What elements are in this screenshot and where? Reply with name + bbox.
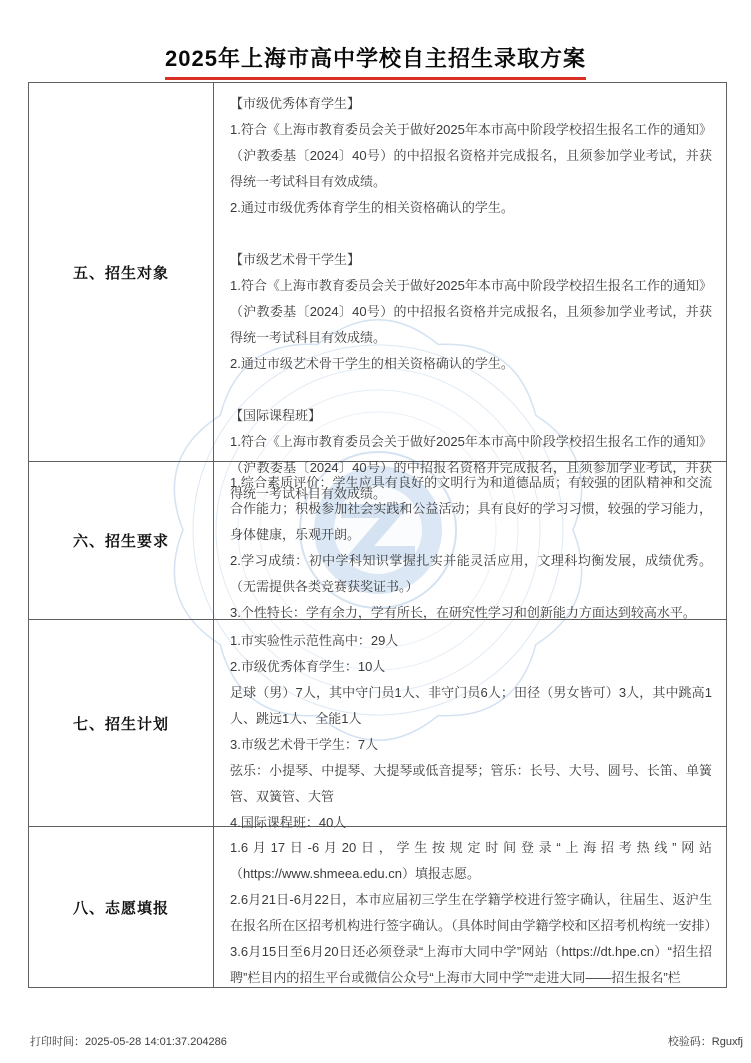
row-content-enrollment-plan: 1.市实验性示范性高中：29人 2.市级优秀体育学生：10人 足球（男）7人，其… <box>214 620 726 826</box>
paragraph: 1.6月17日-6月20日，学生按规定时间登录“上海招考热线”网站（https:… <box>230 835 712 887</box>
admission-plan-table: 五、招生对象 【市级优秀体育学生】 1.符合《上海市教育委员会关于做好2025年… <box>28 82 727 988</box>
row-label-enrollment-requirements: 六、招生要求 <box>29 462 214 619</box>
row-content-enrollment-requirements: 1.综合素质评价：学生应具有良好的文明行为和道德品质；有较强的团队精神和交流合作… <box>214 462 726 619</box>
row-content-enrollment-target: 【市级优秀体育学生】 1.符合《上海市教育委员会关于做好2025年本市高中阶段学… <box>214 83 726 461</box>
footer-print-time: 打印时间：2025-05-28 14:01:37.204286 <box>30 1033 227 1049</box>
title-bar: 2025年上海市高中学校自主招生录取方案 <box>0 42 751 80</box>
table-row-enrollment-plan: 七、招生计划 1.市实验性示范性高中：29人 2.市级优秀体育学生：10人 足球… <box>29 619 726 826</box>
paragraph: 2.通过市级优秀体育学生的相关资格确认的学生。 <box>230 195 712 221</box>
paragraph: 2.市级优秀体育学生：10人 <box>230 654 712 680</box>
paragraph: 1.市实验性示范性高中：29人 <box>230 628 712 654</box>
section-heading: 【市级优秀体育学生】 <box>230 91 712 117</box>
row-label-application-filing: 八、志愿填报 <box>29 827 214 988</box>
paragraph: 弦乐：小提琴、中提琴、大提琴或低音提琴；管乐：长号、大号、圆号、长笛、单簧管、双… <box>230 758 712 810</box>
row-label-enrollment-target: 五、招生对象 <box>29 83 214 461</box>
table-row-enrollment-requirements: 六、招生要求 1.综合素质评价：学生应具有良好的文明行为和道德品质；有较强的团队… <box>29 461 726 619</box>
paragraph: 1.综合素质评价：学生应具有良好的文明行为和道德品质；有较强的团队精神和交流合作… <box>230 470 712 548</box>
row-label-enrollment-plan: 七、招生计划 <box>29 620 214 826</box>
table-row-application-filing: 八、志愿填报 1.6月17日-6月20日，学生按规定时间登录“上海招考热线”网站… <box>29 826 726 988</box>
row-content-application-filing: 1.6月17日-6月20日，学生按规定时间登录“上海招考热线”网站（https:… <box>214 827 726 988</box>
paragraph: 1.符合《上海市教育委员会关于做好2025年本市高中阶段学校招生报名工作的通知》… <box>230 273 712 351</box>
paragraph: 3.市级艺术骨干学生：7人 <box>230 732 712 758</box>
section-heading: 【市级艺术骨干学生】 <box>230 247 712 273</box>
paragraph: 1.符合《上海市教育委员会关于做好2025年本市高中阶段学校招生报名工作的通知》… <box>230 117 712 195</box>
footer-checksum: 校验码：Rguxfj <box>668 1033 743 1049</box>
paragraph: 2.通过市级艺术骨干学生的相关资格确认的学生。 <box>230 351 712 377</box>
paragraph: 2.6月21日-6月22日，本市应届初三学生在学籍学校进行签字确认，往届生、返沪… <box>230 887 712 939</box>
paragraph: 3.6月15日至6月20日还必须登录“上海市大同中学”网站（https://dt… <box>230 939 712 991</box>
table-row-enrollment-target: 五、招生对象 【市级优秀体育学生】 1.符合《上海市教育委员会关于做好2025年… <box>29 83 726 461</box>
paragraph: 足球（男）7人，其中守门员1人、非守门员6人；田径（男女皆可）3人，其中跳高1人… <box>230 680 712 732</box>
page-title: 2025年上海市高中学校自主招生录取方案 <box>165 42 586 80</box>
paragraph: 2.学习成绩：初中学科知识掌握扎实并能灵活应用，文理科均衡发展，成绩优秀。（无需… <box>230 548 712 600</box>
section-heading: 【国际课程班】 <box>230 403 712 429</box>
